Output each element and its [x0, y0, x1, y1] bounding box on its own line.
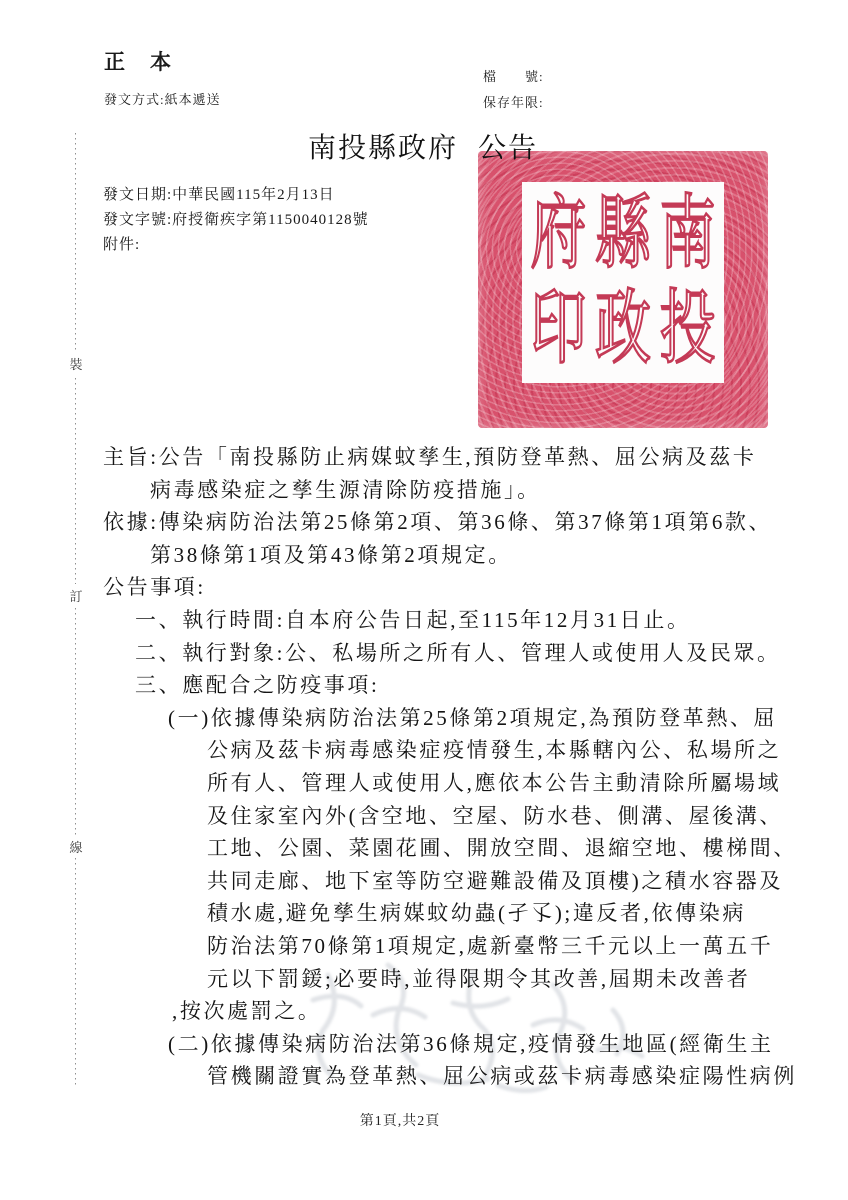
file-number-label: 檔 號:: [483, 66, 544, 85]
body-line: 病毒感染症之孳生源清除防疫措施」。: [150, 474, 793, 507]
binding-mark-ding: 訂: [68, 584, 84, 607]
body-line: 依據:傳染病防治法第25條第2項、第36條、第37條第1項第6款、: [103, 506, 793, 539]
body-line: 及住家室內外(含空地、空屋、防水巷、側溝、屋後溝、: [207, 800, 793, 833]
body-line: 三、應配合之防疫事項:: [135, 669, 793, 702]
attachment-line: 附件:: [103, 233, 369, 258]
seal-char-yin: 印: [526, 261, 591, 398]
body-line: 防治法第70條第1項規定,處新臺幣三千元以上一萬五千: [207, 930, 793, 963]
body-line: (二)依據傳染病防治法第36條規定,疫情發生地區(經衛生主: [168, 1028, 793, 1061]
issue-doc-number-line: 發文字號:府授衛疾字第1150040128號: [103, 208, 369, 233]
binding-mark-zhuang: 裝: [68, 352, 84, 375]
delivery-method-label: 發文方式:紙本遞送: [104, 89, 221, 108]
official-seal-stamp: 府 印 縣 政 南 投: [478, 151, 768, 428]
body-line: 公病及茲卡病毒感染症疫情發生,本縣轄內公、私場所之: [207, 734, 793, 767]
body-line: 主旨:公告「南投縣防止病媒蚊孳生,預防登革熱、屈公病及茲卡: [103, 441, 793, 474]
body-line: 第38條第1項及第43條第2項規定。: [150, 539, 793, 572]
body-line: 積水處,避免孳生病媒蚊幼蟲(孑孓);違反者,依傳染病: [207, 897, 793, 930]
title-doc-kind: 公告: [478, 133, 538, 164]
body-line: 元以下罰鍰;必要時,並得限期令其改善,屆期未改善者: [207, 963, 793, 996]
body-line: 所有人、管理人或使用人,應依本公告主動清除所屬場域: [207, 767, 793, 800]
announcement-body: 主旨:公告「南投縣防止病媒蚊孳生,預防登革熱、屈公病及茲卡 病毒感染症之孳生源清…: [103, 441, 793, 1093]
seal-char-tou: 投: [655, 261, 720, 398]
title-organization: 南投縣政府: [308, 133, 458, 164]
body-line: 工地、公園、菜園花圃、開放空間、退縮空地、樓梯間、: [207, 832, 793, 865]
seal-inner-area: 府 印 縣 政 南 投: [522, 182, 724, 383]
body-line: 二、執行對象:公、私場所之所有人、管理人或使用人及民眾。: [135, 637, 793, 670]
seal-column-left: 府 印: [526, 188, 591, 377]
document-page: 正 本 發文方式:紙本遞送 檔 號: 保存年限: 府 印 縣 政 南 投 南投縣…: [0, 0, 848, 1200]
page-number-indicator: 第1頁,共2頁: [0, 1110, 800, 1130]
body-line: (一)依據傳染病防治法第25條第2項規定,為預防登革熱、屈: [168, 702, 793, 735]
seal-column-right: 南 投: [655, 188, 720, 377]
body-line: 一、執行時間:自本府公告日起,至115年12月31日止。: [135, 604, 793, 637]
body-line: 管機關證實為登革熱、屈公病或茲卡病毒感染症陽性病例: [207, 1060, 793, 1093]
copy-type-label: 正 本: [104, 46, 173, 76]
seal-char-zheng: 政: [591, 261, 656, 398]
retention-period-label: 保存年限:: [483, 92, 544, 111]
binding-mark-xian: 線: [68, 835, 84, 858]
seal-column-middle: 縣 政: [591, 188, 656, 377]
body-line: 共同走廊、地下室等防空避難設備及頂樓)之積水容器及: [207, 865, 793, 898]
issue-info-block: 發文日期:中華民國115年2月13日 發文字號:府授衛疾字第1150040128…: [103, 183, 369, 258]
issue-date-line: 發文日期:中華民國115年2月13日: [103, 183, 369, 208]
body-line: ,按次處罰之。: [172, 995, 793, 1028]
binding-dotted-line: [75, 133, 76, 1085]
document-title: 南投縣政府公告: [308, 126, 538, 166]
body-line: 公告事項:: [103, 571, 793, 604]
